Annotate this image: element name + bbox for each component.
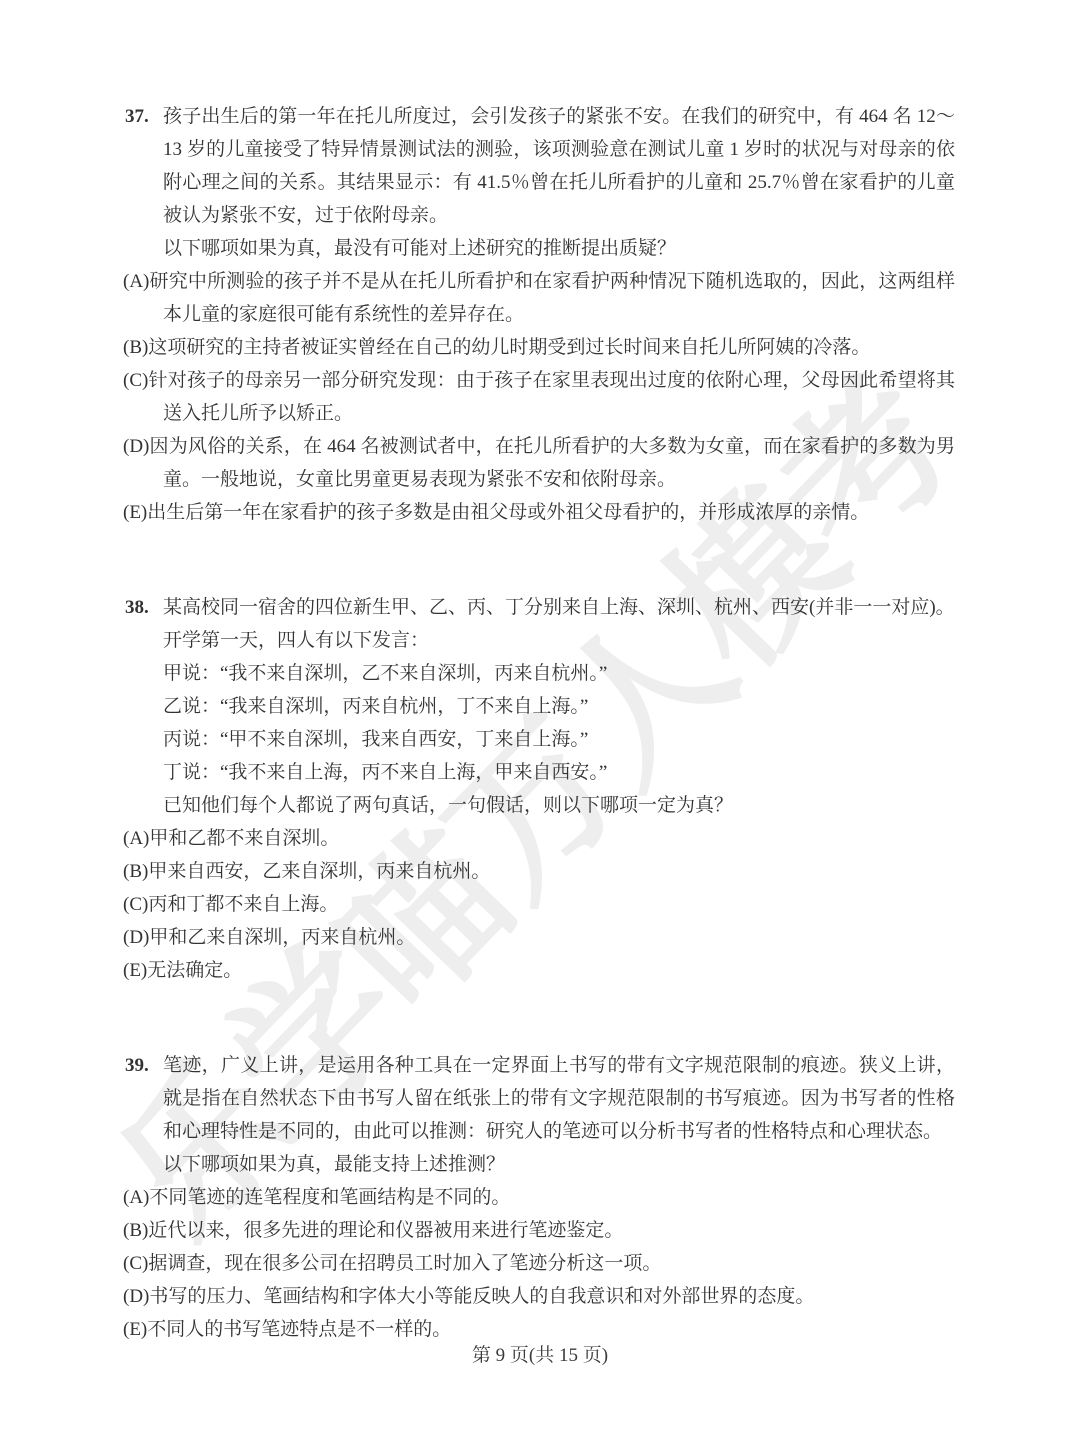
question-stem: 孩子出生后的第一年在托儿所度过，会引发孩子的紧张不安。在我们的研究中，有 464…	[163, 100, 955, 232]
option-a: (A)不同笔迹的连笔程度和笔画结构是不同的。	[163, 1181, 955, 1214]
statement-ding: 丁说：“我不来自上海，丙不来自上海，甲来自西安。”	[163, 756, 955, 789]
question-stem: 某高校同一宿舍的四位新生甲、乙、丙、丁分别来自上海、深圳、杭州、西安(并非一一对…	[163, 591, 955, 624]
question-37: 37. 孩子出生后的第一年在托儿所度过，会引发孩子的紧张不安。在我们的研究中，有…	[125, 100, 955, 529]
page-footer: 第 9 页(共 15 页)	[0, 1340, 1080, 1367]
option-c: (C)针对孩子的母亲另一部分研究发现：由于孩子在家里表现出过度的依附心理，父母因…	[163, 364, 955, 430]
option-a: (A)甲和乙都不来自深圳。	[163, 822, 955, 855]
exam-page: 乐学喵万人模考 37. 孩子出生后的第一年在托儿所度过，会引发孩子的紧张不安。在…	[0, 0, 1080, 1439]
question-38: 38. 某高校同一宿舍的四位新生甲、乙、丙、丁分别来自上海、深圳、杭州、西安(并…	[125, 591, 955, 987]
question-number: 37.	[125, 100, 163, 529]
option-d: (D)书写的压力、笔画结构和字体大小等能反映人的自我意识和对外部世界的态度。	[163, 1280, 955, 1313]
option-e: (E)无法确定。	[163, 954, 955, 987]
question-stem: 笔迹，广义上讲，是运用各种工具在一定界面上书写的带有文字规范限制的痕迹。狭义上讲…	[163, 1049, 955, 1148]
question-stem-line2: 开学第一天，四人有以下发言：	[163, 624, 955, 657]
question-prompt: 以下哪项如果为真，最能支持上述推测？	[163, 1148, 955, 1181]
question-39: 39. 笔迹，广义上讲，是运用各种工具在一定界面上书写的带有文字规范限制的痕迹。…	[125, 1049, 955, 1346]
page-number: 第 9 页(共 15 页)	[472, 1345, 608, 1366]
statement-jia: 甲说：“我不来自深圳，乙不来自深圳，丙来自杭州。”	[163, 657, 955, 690]
statement-yi: 乙说：“我来自深圳，丙来自杭州，丁不来自上海。”	[163, 690, 955, 723]
question-body: 某高校同一宿舍的四位新生甲、乙、丙、丁分别来自上海、深圳、杭州、西安(并非一一对…	[163, 591, 955, 987]
option-b: (B)近代以来，很多先进的理论和仪器被用来进行笔迹鉴定。	[163, 1214, 955, 1247]
option-b: (B)甲来自西安，乙来自深圳，丙来自杭州。	[163, 855, 955, 888]
questions-area: 37. 孩子出生后的第一年在托儿所度过，会引发孩子的紧张不安。在我们的研究中，有…	[125, 100, 955, 1346]
option-d: (D)甲和乙来自深圳，丙来自杭州。	[163, 921, 955, 954]
question-prompt: 已知他们每个人都说了两句真话，一句假话，则以下哪项一定为真？	[163, 789, 955, 822]
option-b: (B)这项研究的主持者被证实曾经在自己的幼儿时期受到过长时间来自托儿所阿姨的冷落…	[163, 331, 955, 364]
question-body: 孩子出生后的第一年在托儿所度过，会引发孩子的紧张不安。在我们的研究中，有 464…	[163, 100, 955, 529]
option-a: (A)研究中所测验的孩子并不是从在托儿所看护和在家看护两种情况下随机选取的，因此…	[163, 265, 955, 331]
statement-bing: 丙说：“甲不来自深圳，我来自西安，丁来自上海。”	[163, 723, 955, 756]
option-c: (C)据调查，现在很多公司在招聘员工时加入了笔迹分析这一项。	[163, 1247, 955, 1280]
option-c: (C)丙和丁都不来自上海。	[163, 888, 955, 921]
option-d: (D)因为风俗的关系，在 464 名被测试者中，在托儿所看护的大多数为女童，而在…	[163, 430, 955, 496]
question-body: 笔迹，广义上讲，是运用各种工具在一定界面上书写的带有文字规范限制的痕迹。狭义上讲…	[163, 1049, 955, 1346]
question-prompt: 以下哪项如果为真，最没有可能对上述研究的推断提出质疑？	[163, 232, 955, 265]
option-e: (E)出生后第一年在家看护的孩子多数是由祖父母或外祖父母看护的，并形成浓厚的亲情…	[163, 496, 955, 529]
